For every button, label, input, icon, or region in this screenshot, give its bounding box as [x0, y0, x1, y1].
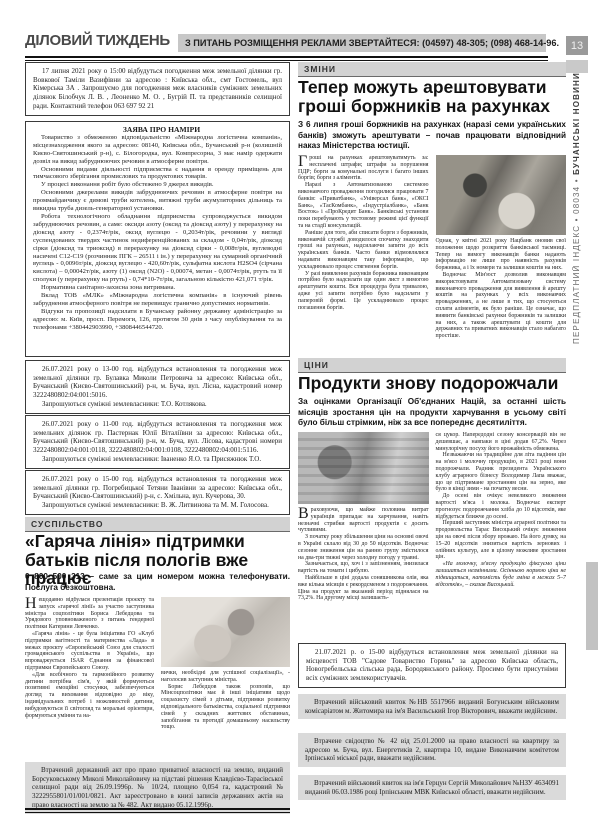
newspaper-name-vertical: БУЧАНСЬКІ НОВИНИ: [572, 72, 581, 175]
society-body: Нещодавно відбулася презентація проєкту …: [25, 597, 290, 759]
notice-text: Втрачене свідоцтво № 42 від 25.01.2000 н…: [305, 737, 559, 763]
notice-text: Втрачений військовий квиток №НВ 5517966 …: [305, 698, 559, 715]
changes-body: Гроші на рахунках арештовуватимуть за: н…: [298, 155, 566, 355]
survey-notice: 21.07.2021 р. о 15-00 відбудуться встано…: [298, 643, 566, 688]
changes-column-left: Гроші на рахунках арештовуватимуть за: н…: [298, 155, 429, 355]
paragraph: З початку року збільшення ціни на основн…: [298, 534, 429, 561]
parents-with-newborn-photo: [161, 597, 290, 667]
paragraph: Нещодавно відбулася презентація проєкту …: [25, 597, 154, 631]
paragraph: Найбільше в ціні додала соняшникова олія…: [298, 575, 429, 602]
notice-title: ЗАЯВА ПРО НАМІРИ: [33, 126, 282, 134]
lost-state-act-notice: Втрачений державний акт про право приват…: [25, 762, 290, 814]
lost-military-id-notice-1: Втрачений військовий квиток №НВ 5517966 …: [298, 694, 566, 719]
masthead-logo: ДІЛОВИЙ ТИЖДЕНЬ: [25, 32, 170, 49]
paragraph: Водночас Мін'юст дозволив виконавцям вик…: [436, 272, 567, 340]
legal-notice-meeting-1: 17 липня 2021 року о 15:00 відбудуться п…: [25, 62, 290, 116]
paragraph: До осені він очікує невеликого зниження …: [436, 493, 567, 520]
notice-text: 26.07.2021 року о 15-00 год. відбудуться…: [33, 475, 282, 501]
quote-paragraph: «На молочку, м'ясну продукцію фіксуємо ц…: [436, 561, 567, 588]
paragraph: Нормативна санітарно-захисна зона витрим…: [33, 284, 282, 292]
prices-headline: Продукти знову подорожчали: [298, 374, 566, 393]
paragraph: Зазначається, що, хоч і з запізненням, з…: [298, 561, 429, 575]
judge-gavel-photo: [436, 155, 567, 235]
edge-strip-block: [586, 562, 598, 650]
section-label-prices: ЦІНИ: [298, 358, 566, 373]
paragraph: Однак, у квітні 2021 року Нацбанк оновив…: [436, 238, 567, 272]
legal-notice-meeting-4: 26.07.2021 року о 15-00 год. відбудуться…: [25, 470, 290, 515]
notice-invitees: Запрошуються суміжні землевласники: Т.О.…: [33, 400, 282, 409]
paragraph: Вклад ТОВ «МЛК» «Міжнародна логістична к…: [33, 292, 282, 308]
notice-invitees: Запрошуються суміжні землевласники: Іван…: [33, 455, 282, 464]
changes-column-right: Однак, у квітні 2021 року Нацбанк оновив…: [436, 155, 567, 355]
section-label-changes: ЗМІНИ: [298, 62, 566, 77]
legal-notice-meeting-3: 26.07.2021 року о 11-00 год. відбудуться…: [25, 415, 290, 469]
paragraph: Раніше для того, аби списати борги з бор…: [298, 230, 429, 271]
society-column-left: Нещодавно відбулася презентація проєкту …: [25, 597, 154, 759]
paragraph: Товариство з обмеженою відповідальністю …: [33, 134, 282, 166]
paragraph: Робота технологічного обладнання підприє…: [33, 213, 282, 284]
paragraph: Незважаючи на традиційне для літа падінн…: [436, 452, 567, 493]
changes-lead: З 6 липня гроші боржників на рахунках (н…: [298, 120, 566, 152]
notice-text: 26.07.2021 року о 13-00 год. відбудуться…: [33, 365, 282, 400]
notice-text: Втрачений державний акт про право приват…: [32, 766, 283, 810]
footer-rule: [25, 808, 290, 813]
paragraph: Відгуки та пропозиції надсилати в Бучанс…: [33, 308, 282, 332]
subscription-index-label: ПЕРЕДПЛАТНИЙ ІНДЕКС • 08034 •: [572, 175, 581, 344]
paragraph: ся цукор. Напередодні сезону консервацій…: [436, 432, 567, 452]
notice-text: Втрачений військовий квиток на ім'я Герц…: [305, 779, 559, 796]
notice-invitees: Запрошуються суміжні землевласники: В. Ж…: [33, 501, 282, 510]
legal-notice-meeting-2: 26.07.2021 року о 13-00 год. відбудуться…: [25, 360, 290, 414]
paragraph: Основними джерелами викидів забруднюючих…: [33, 189, 282, 213]
masthead: ДІЛОВИЙ ТИЖДЕНЬ: [25, 32, 175, 50]
paragraph: У процесі виконання робіт було обстежено…: [33, 181, 282, 189]
paragraph: вички, необхідні для успішної соціалізац…: [161, 670, 290, 684]
prices-lead: За оцінками Організації Об'єднаних Націй…: [298, 397, 566, 429]
prices-column-left: Враховуючи, що майже половина витрат укр…: [298, 432, 429, 638]
supermarket-shelves-photo: [298, 432, 429, 504]
notice-text: 21.07.2021 р. о 15-00 відбудуться встано…: [306, 648, 558, 683]
changes-headline: Тепер можуть арештовувати гроші боржникі…: [298, 78, 566, 115]
paragraph: Враховуючи, що майже половина витрат укр…: [298, 507, 429, 534]
section-label-society: СУСПІЛЬСТВО: [25, 517, 290, 532]
prices-column-right: ся цукор. Напередодні сезону консервацій…: [436, 432, 567, 638]
paragraph: У разі виявлення рахунків боржника викон…: [298, 271, 429, 312]
society-lead: 0 800 500 313 – саме за цим номером можн…: [25, 572, 290, 593]
paragraph: «Для всебічного та гармонійного розвитку…: [25, 672, 154, 720]
newspaper-page: ДІЛОВИЙ ТИЖДЕНЬ З ПИТАНЬ РОЗМІЩЕННЯ РЕКЛ…: [0, 0, 600, 830]
paragraph: «Гаряча лінія» - це була ініціатива ГО «…: [25, 631, 154, 672]
society-column-right: вички, необхідні для успішної соціалізац…: [161, 597, 290, 759]
paragraph: Перший заступник міністра аграрної політ…: [436, 520, 567, 561]
intent-statement-notice: ЗАЯВА ПРО НАМІРИ Товариство з обмеженою …: [25, 121, 290, 357]
edge-strip: ПЕРЕДПЛАТНИЙ ІНДЕКС • 08034 • БУЧАНСЬКІ …: [572, 72, 581, 352]
header-rule: [25, 56, 548, 61]
paragraph: Борис Лебедцов також розповів, що Мінсоц…: [161, 684, 290, 732]
lost-certificate-notice: Втрачене свідоцтво № 42 від 25.01.2000 н…: [298, 733, 566, 767]
paragraph: Гроші на рахунках арештовуватимуть за: н…: [298, 155, 429, 182]
ad-banner: З ПИТАНЬ РОЗМІЩЕННЯ РЕКЛАМИ ЗВЕРТАЙТЕСЯ:…: [178, 34, 546, 52]
paragraph: Наразі з Автоматизованою системою викона…: [298, 182, 429, 230]
paragraph: Основними видами діяльності підприємства…: [33, 166, 282, 182]
notice-text: 26.07.2021 року о 11-00 год. відбудуться…: [33, 420, 282, 455]
prices-body: Враховуючи, що майже половина витрат укр…: [298, 432, 566, 638]
lost-military-id-notice-2: Втрачений військовий квиток на ім'я Герц…: [298, 775, 566, 800]
page-number-badge: 13: [566, 36, 588, 55]
notice-text: 17 липня 2021 року о 15:00 відбудуться п…: [33, 67, 282, 111]
